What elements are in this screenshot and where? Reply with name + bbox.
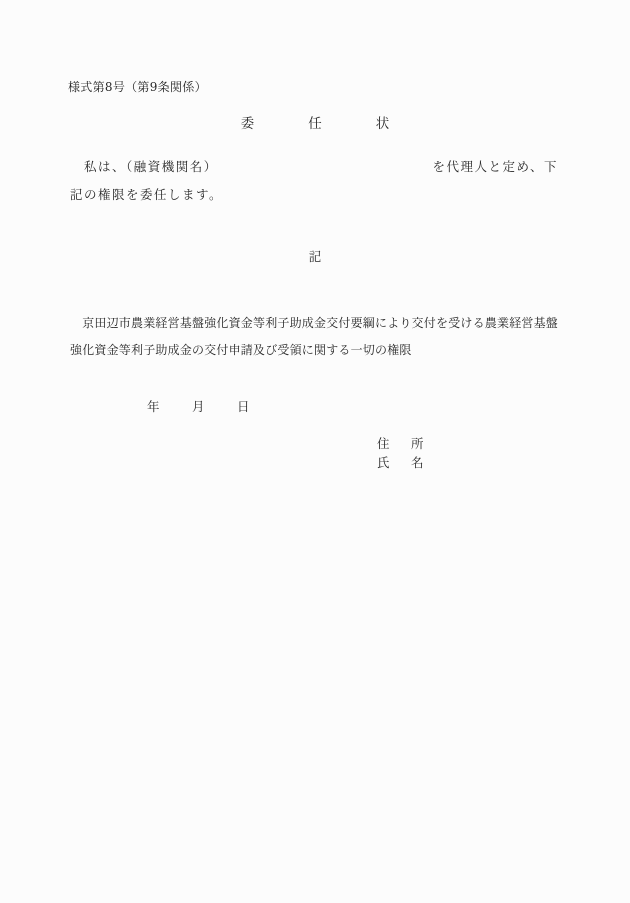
date-line: 年 月 日 — [147, 399, 260, 415]
document-page: 様式第8号（第9条関係） 委任状 私は、（融資機関名） を代理人と定め、下 記の… — [0, 0, 630, 903]
body-line-2: 記の権限を委任します。 — [70, 187, 223, 203]
grant-clause-line-2: 強化資金等利子助成金の交付申請及び受領に関する一切の権限 — [70, 343, 412, 359]
document-title: 委任状 — [0, 116, 630, 134]
section-marker: 記 — [0, 249, 630, 265]
grant-clause-line-1: 京田辺市農業経営基盤強化資金等利子助成金交付要綱により交付を受ける農業経営基盤 — [70, 316, 558, 332]
body-line-1-right: を代理人と定め、下 — [432, 159, 558, 175]
institution-name-blank — [218, 159, 433, 175]
signature-name-label: 氏 名 — [377, 455, 428, 471]
body-line-1-left: 私は、（融資機関名） — [70, 159, 218, 175]
form-number: 様式第8号（第9条関係） — [68, 80, 207, 96]
signature-address-label: 住 所 — [377, 436, 428, 452]
body-line-1: 私は、（融資機関名） を代理人と定め、下 — [70, 159, 558, 175]
